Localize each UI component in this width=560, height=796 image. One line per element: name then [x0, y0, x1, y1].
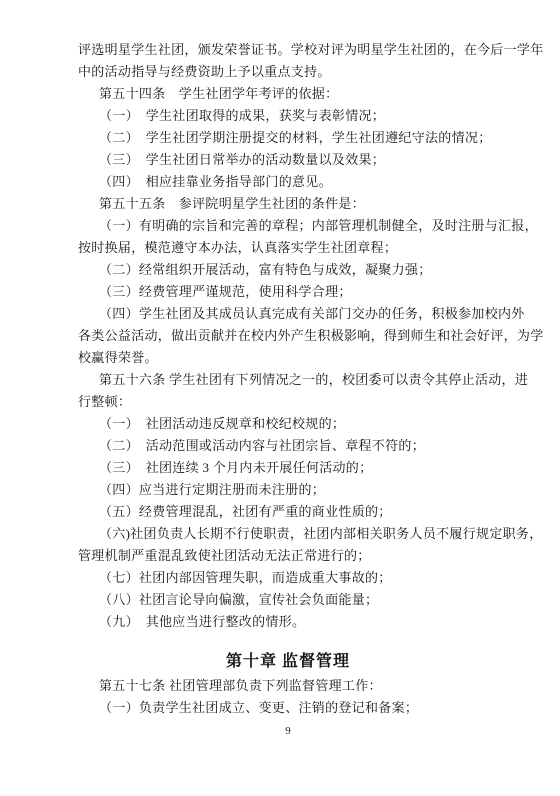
text-line: （一） 学生社团取得的成果，获奖与表彰情况； — [78, 105, 498, 127]
text-line: （一）负责学生社团成立、变更、注销的登记和备案； — [78, 697, 498, 719]
text-line: （一）有明确的宗旨和完善的章程；内部管理机制健全，及时注册与汇报， — [78, 215, 498, 237]
text-line: （四） 相应挂靠业务指导部门的意见。 — [78, 171, 498, 193]
document-body: 评选明星学生社团，颁发荣誉证书。学校对评为明星学生社团的，在今后一学年中的活动指… — [78, 39, 498, 633]
text-line: 按时换届，模范遵守本办法，认真落实学生社团章程； — [78, 237, 498, 259]
text-line: （四）学生社团及其成员认真完成有关部门交办的任务，积极参加校内外 — [78, 303, 498, 325]
text-line: （七）社团内部因管理失职，而造成重大事故的； — [78, 567, 498, 589]
text-line: 评选明星学生社团，颁发荣誉证书。学校对评为明星学生社团的，在今后一学年 — [78, 39, 498, 61]
text-line: 校赢得荣誉。 — [78, 347, 498, 369]
text-line: （四）应当进行定期注册而未注册的； — [78, 479, 498, 501]
page-number: 9 — [78, 723, 498, 739]
text-line: （一） 社团活动违反规章和校纪校规的； — [78, 413, 498, 435]
text-line: （三） 学生社团日常举办的活动数量以及效果； — [78, 149, 498, 171]
text-line: 各类公益活动，做出贡献并在校内外产生积极影响，得到师生和社会好评，为学 — [78, 325, 498, 347]
text-line: （六)社团负责人长期不行使职责，社团内部相关职务人员不履行规定职务， — [78, 523, 498, 545]
text-line: （二） 活动范围或活动内容与社团宗旨、章程不符的； — [78, 435, 498, 457]
text-line: 中的活动指导与经费资助上予以重点支持。 — [78, 61, 498, 83]
text-line: （三） 社团连续 3 个月内未开展任何活动的； — [78, 457, 498, 479]
text-line: （五）经费管理混乱，社团有严重的商业性质的； — [78, 501, 498, 523]
text-line: 第五十五条 参评院明星学生社团的条件是： — [78, 193, 498, 215]
text-line: （八）社团言论导向偏激，宣传社会负面能量； — [78, 589, 498, 611]
text-line: 第五十六条 学生社团有下列情况之一的，校团委可以责令其停止活动，进 — [78, 369, 498, 391]
text-line: （九） 其他应当进行整改的情形。 — [78, 611, 498, 633]
text-line: 第五十七条 社团管理部负责下列监督管理工作： — [78, 675, 498, 697]
document-after-heading: 第五十七条 社团管理部负责下列监督管理工作：（一）负责学生社团成立、变更、注销的… — [78, 675, 498, 719]
text-line: （二） 学生社团学期注册提交的材料，学生社团遵纪守法的情况； — [78, 127, 498, 149]
text-line: 行整顿： — [78, 391, 498, 413]
text-line: 管理机制严重混乱致使社团活动无法正常进行的； — [78, 545, 498, 567]
chapter-heading: 第十章 监督管理 — [78, 649, 498, 675]
text-line: （三）经费管理严谨规范，使用科学合理； — [78, 281, 498, 303]
document-page: 评选明星学生社团，颁发荣誉证书。学校对评为明星学生社团的，在今后一学年中的活动指… — [0, 0, 560, 796]
text-line: （二）经常组织开展活动，富有特色与成效，凝聚力强； — [78, 259, 498, 281]
text-line: 第五十四条 学生社团学年考评的依据： — [78, 83, 498, 105]
